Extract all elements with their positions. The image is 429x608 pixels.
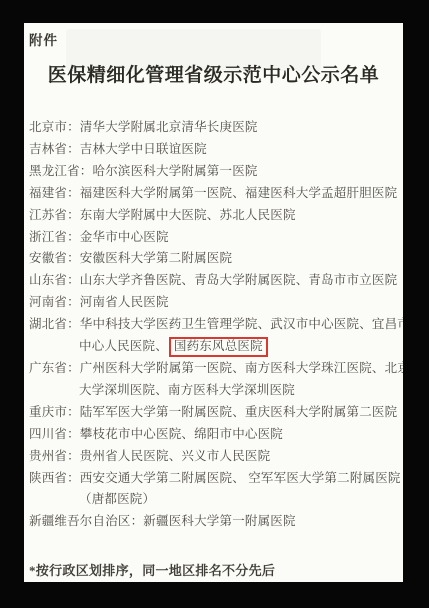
entry-chongqing: 重庆市：陆军军医大学第一附属医院、重庆医科大学附属第二医院 <box>29 402 395 424</box>
entry-shaanxi-cont: （唐都医院） <box>29 489 395 511</box>
entry-sichuan: 四川省：攀枝花市中心医院、绵阳市中心医院 <box>29 424 395 446</box>
entry-shandong: 山东省：山东大学齐鲁医院、青岛大学附属医院、青岛市市立医院 <box>29 270 395 292</box>
page-title: 医保精细化管理省级示范中心公示名单 <box>24 63 403 89</box>
hospital-list: 北京市：清华大学附属北京清华长庚医院 吉林省：吉林大学中日联谊医院 黑龙江省：哈… <box>29 117 395 533</box>
entry-beijing: 北京市：清华大学附属北京清华长庚医院 <box>29 117 395 139</box>
footnote: *按行政区划排序，同一地区排名不分先后 <box>29 562 403 580</box>
entry-xinjiang: 新疆维吾尔自治区：新疆医科大学第一附属医院 <box>29 511 395 533</box>
entry-guizhou: 贵州省：贵州省人民医院、兴义市人民医院 <box>29 446 395 468</box>
entry-jilin: 吉林省：吉林大学中日联谊医院 <box>29 139 395 161</box>
entry-shaanxi: 陕西省：西安交通大学第二附属医院、 空军军医大学第二附属医院 <box>29 468 395 490</box>
entry-hubei-cont: 中心人民医院、国药东风总医院 <box>29 336 395 358</box>
highlight-box: 国药东风总医院 <box>169 337 268 357</box>
highlighted-hospital: 国药东风总医院 <box>174 339 263 353</box>
entry-hubei-cont-text: 中心人民医院、 <box>79 339 168 353</box>
entry-guangdong: 广东省：广州医科大学附属第一医院、南方医科大学珠江医院、北京 <box>29 358 395 380</box>
entry-zhejiang: 浙江省：金华市中心医院 <box>29 227 395 249</box>
entry-guangdong-cont: 大学深圳医院、南方医科大学深圳医院 <box>29 380 395 402</box>
screenshot-root: { "page": { "attachment_label": "附件", "t… <box>0 0 429 608</box>
entry-anhui: 安徽省：安徽医科大学第二附属医院 <box>29 248 395 270</box>
entry-jiangsu: 江苏省：东南大学附属中大医院、苏北人民医院 <box>29 205 395 227</box>
entry-henan: 河南省：河南省人民医院 <box>29 292 395 314</box>
entry-hubei: 湖北省：华中科技大学医药卫生管理学院、武汉市中心医院、宜昌市 <box>29 314 395 336</box>
document-page: 附件 医保精细化管理省级示范中心公示名单 北京市：清华大学附属北京清华长庚医院 … <box>24 23 403 582</box>
entry-fujian: 福建省：福建医科大学附属第一医院、福建医科大学孟超肝胆医院 <box>29 183 395 205</box>
attachment-label: 附件 <box>29 32 403 50</box>
entry-heilongjiang: 黑龙江省：哈尔滨医科大学附属第一医院 <box>29 161 395 183</box>
